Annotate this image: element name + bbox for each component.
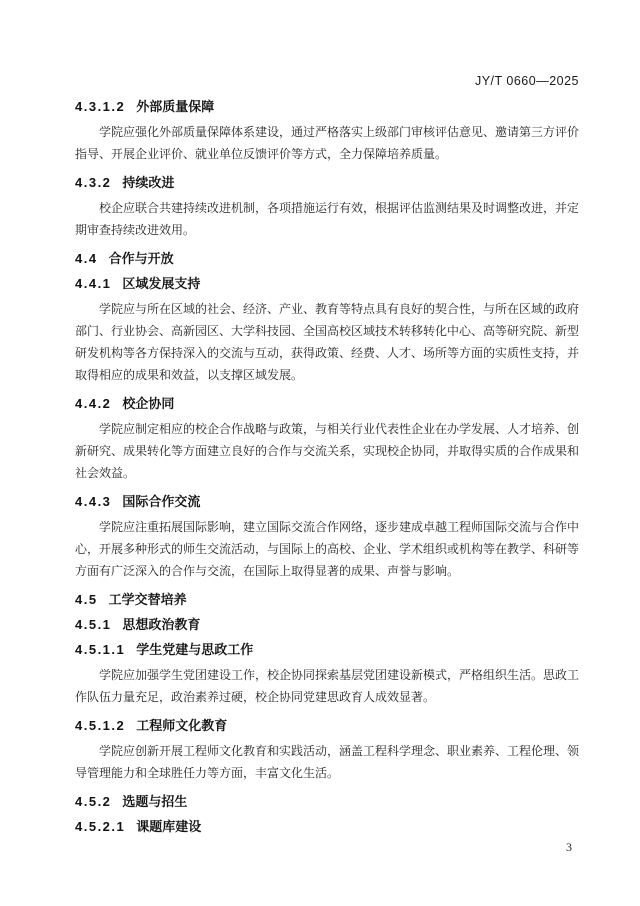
section-number: 4.5.2 bbox=[75, 794, 111, 809]
section-heading: 4.5.2.1课题库建设 bbox=[75, 819, 579, 834]
section-number: 4.5.1 bbox=[75, 617, 111, 632]
section-heading: 4.3.2持续改进 bbox=[75, 175, 579, 190]
paragraph: 校企应联合共建持续改进机制，各项措施运行有效，根据评估监测结果及时调整改进，并定… bbox=[75, 197, 579, 241]
section-title: 外部质量保障 bbox=[136, 99, 214, 114]
section-title: 思想政治教育 bbox=[122, 617, 200, 632]
section-number: 4.4.1 bbox=[75, 276, 111, 291]
section-heading: 4.4合作与开放 bbox=[75, 251, 579, 266]
section-heading: 4.5.2选题与招生 bbox=[75, 794, 579, 809]
section-title: 国际合作交流 bbox=[122, 494, 200, 509]
section-heading: 4.5.1.1学生党建与思政工作 bbox=[75, 642, 579, 657]
section-heading: 4.4.3国际合作交流 bbox=[75, 494, 579, 509]
section-number: 4.3.2 bbox=[75, 175, 111, 190]
section-title: 工学交替培养 bbox=[109, 592, 187, 607]
section-title: 学生党建与思政工作 bbox=[136, 642, 253, 657]
section-number: 4.4.2 bbox=[75, 396, 111, 411]
section-number: 4.5.1.2 bbox=[75, 718, 125, 733]
section-number: 4.5.1.1 bbox=[75, 642, 125, 657]
section-heading: 4.5.1.2工程师文化教育 bbox=[75, 718, 579, 733]
section-heading: 4.4.1区域发展支持 bbox=[75, 276, 579, 291]
section-heading: 4.5.1思想政治教育 bbox=[75, 617, 579, 632]
section-title: 校企协同 bbox=[122, 396, 174, 411]
paragraph: 学院应创新开展工程师文化教育和实践活动，涵盖工程科学理念、职业素养、工程伦理、领… bbox=[75, 740, 579, 784]
paragraph: 学院应注重拓展国际影响，建立国际交流合作网络，逐步建成卓越工程师国际交流与合作中… bbox=[75, 516, 579, 582]
paragraph: 学院应强化外部质量保障体系建设，通过严格落实上级部门审核评估意见、邀请第三方评价… bbox=[75, 121, 579, 165]
section-number: 4.4 bbox=[75, 251, 98, 266]
section-number: 4.3.1.2 bbox=[75, 99, 125, 114]
paragraph: 学院应加强学生党团建设工作，校企协同探索基层党团建设新模式，严格组织生活。思政工… bbox=[75, 664, 579, 708]
section-title: 持续改进 bbox=[122, 175, 174, 190]
paragraph: 学院应与所在区域的社会、经济、产业、教育等特点具有良好的契合性，与所在区域的政府… bbox=[75, 298, 579, 386]
section-heading: 4.3.1.2外部质量保障 bbox=[75, 99, 579, 114]
section-title: 课题库建设 bbox=[136, 819, 201, 834]
document-page: JY/T 0660—2025 4.3.1.2外部质量保障学院应强化外部质量保障体… bbox=[0, 0, 640, 906]
section-title: 合作与开放 bbox=[109, 251, 174, 266]
section-title: 工程师文化教育 bbox=[136, 718, 227, 733]
section-heading: 4.5工学交替培养 bbox=[75, 592, 579, 607]
section-number: 4.4.3 bbox=[75, 494, 111, 509]
section-number: 4.5.2.1 bbox=[75, 819, 125, 834]
paragraph: 学院应制定相应的校企合作战略与政策，与相关行业代表性企业在办学发展、人才培养、创… bbox=[75, 418, 579, 484]
section-title: 选题与招生 bbox=[122, 794, 187, 809]
standard-number-header: JY/T 0660—2025 bbox=[75, 74, 579, 89]
document-body: 4.3.1.2外部质量保障学院应强化外部质量保障体系建设，通过严格落实上级部门审… bbox=[75, 99, 579, 834]
section-title: 区域发展支持 bbox=[122, 276, 200, 291]
section-number: 4.5 bbox=[75, 592, 98, 607]
section-heading: 4.4.2校企协同 bbox=[75, 396, 579, 411]
page-number: 3 bbox=[566, 840, 572, 855]
